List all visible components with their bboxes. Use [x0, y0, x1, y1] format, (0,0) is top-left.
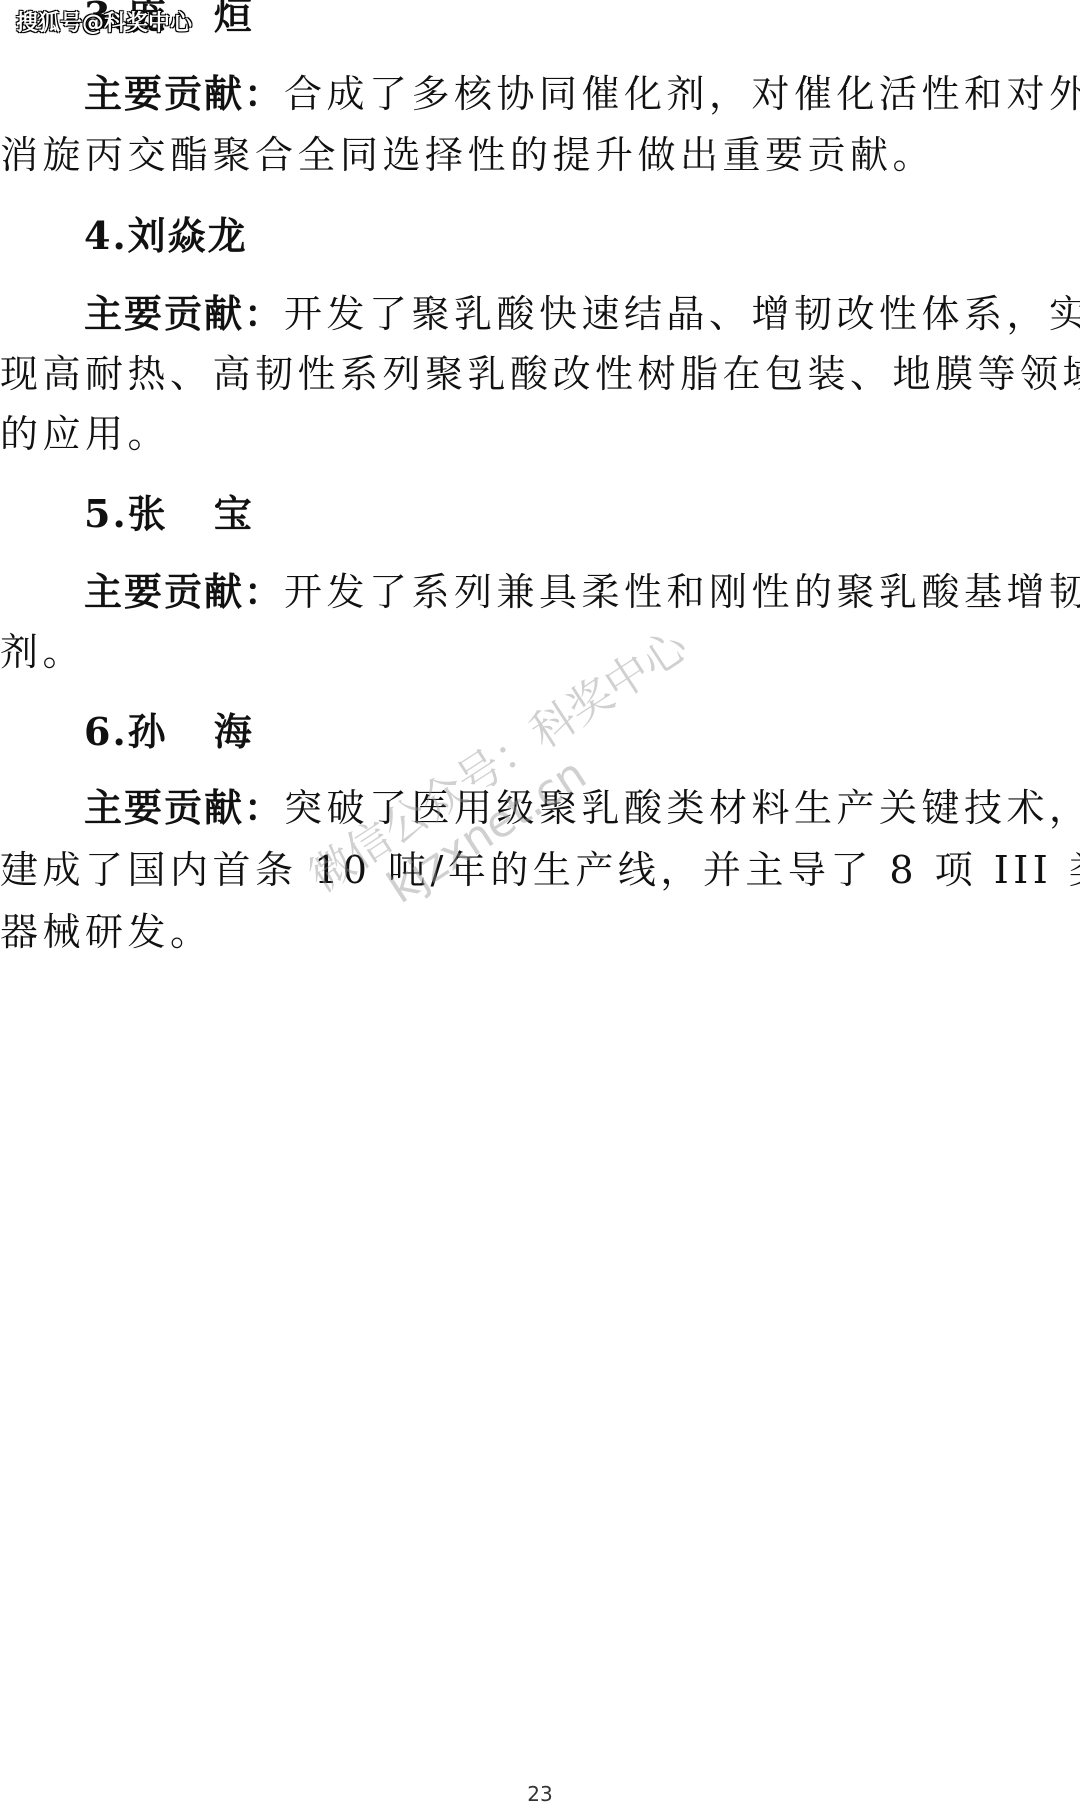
contribution-text: 开发了系列兼具柔性和刚性的聚乳酸基增韧: [284, 570, 1080, 614]
document-page: 搜狐号@科奖中心 3.庞烜 主要贡献：合成了多核协同催化剂，对催化活性和对外 消…: [0, 0, 1080, 1814]
entry-name-part: 烜: [214, 0, 254, 38]
contribution-label: 主要贡献：: [84, 71, 284, 116]
contribution-line: 主要贡献：开发了聚乳酸快速结晶、增韧改性体系，实: [84, 292, 1080, 336]
contribution-line: 器械研发。: [0, 910, 1080, 954]
entry-name-part: 孙: [128, 709, 168, 754]
entry-number: 5.: [84, 491, 128, 536]
contribution-line: 剂。: [0, 630, 1080, 674]
entry-name-part: 海: [214, 709, 254, 754]
contribution-line: 现高耐热、高韧性系列聚乳酸改性树脂在包装、地膜等领域: [0, 352, 1080, 396]
entry-number: 4.: [84, 213, 128, 258]
contribution-label: 主要贡献：: [84, 785, 284, 830]
contribution-line: 主要贡献：合成了多核协同催化剂，对催化活性和对外: [84, 72, 1080, 116]
entry-heading-5: 5.张宝: [84, 492, 1080, 536]
entry-number: 6.: [84, 709, 128, 754]
contribution-text: 合成了多核协同催化剂，对催化活性和对外: [284, 72, 1080, 116]
entry-heading-6: 6.孙海: [84, 710, 1080, 754]
contribution-label: 主要贡献：: [84, 569, 284, 614]
page-number: 23: [0, 1782, 1080, 1806]
contribution-line: 的应用。: [0, 412, 1080, 456]
entry-name: 刘焱龙: [128, 213, 248, 258]
entry-heading-4: 4.刘焱龙: [84, 214, 1080, 258]
entry-name-part: 宝: [214, 491, 254, 536]
contribution-line: 消旋丙交酯聚合全同选择性的提升做出重要贡献。: [0, 133, 1080, 177]
contribution-line: 主要贡献：突破了医用级聚乳酸类材料生产关键技术，: [84, 786, 1080, 830]
contribution-line: 主要贡献：开发了系列兼具柔性和刚性的聚乳酸基增韧: [84, 570, 1080, 614]
entry-name-part: 张: [128, 491, 168, 536]
source-watermark: 搜狐号@科奖中心: [16, 6, 192, 37]
entry-heading-3: 3.庞烜: [84, 0, 1080, 38]
contribution-text: 突破了医用级聚乳酸类材料生产关键技术，: [284, 786, 1080, 830]
contribution-line: 建成了国内首条 10 吨/年的生产线，并主导了 8 项 III 类医疗: [0, 848, 1080, 892]
contribution-text: 开发了聚乳酸快速结晶、增韧改性体系，实: [284, 292, 1080, 336]
contribution-label: 主要贡献：: [84, 291, 284, 336]
